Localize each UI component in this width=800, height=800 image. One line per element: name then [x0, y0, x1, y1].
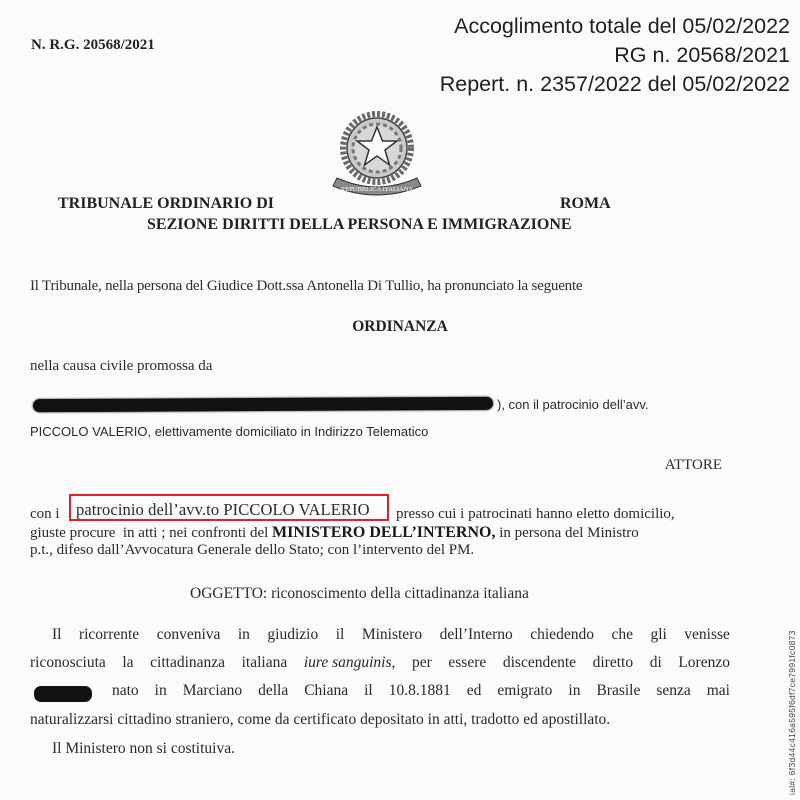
repubblica-italiana-emblem-icon: REPUBBLICA ITALIANA: [325, 110, 430, 202]
para1-line2: giuste procure in atti ; nei confronti d…: [30, 524, 639, 542]
para2-line3: natoinMarcianodellaChianail10.8.1881edem…: [30, 682, 730, 700]
intro-sentence: Il Tribunale, nella persona del Giudice …: [30, 278, 582, 295]
para1-prefix: con i: [30, 506, 60, 523]
word: riconosciuta: [30, 654, 106, 672]
word: chiedendo: [530, 626, 594, 644]
word: nato: [112, 682, 139, 700]
causa-line: nella causa civile promossa da: [30, 358, 212, 375]
word: diretto: [593, 654, 633, 672]
word: emigrato: [497, 682, 552, 700]
oggetto-line: OGGETTO: riconoscimento della cittadinan…: [190, 585, 529, 603]
word: Chiana: [304, 682, 348, 700]
patrocinio-suffix: ), con il patrocinio dell’avv.: [497, 397, 649, 412]
court-city: ROMA: [560, 195, 611, 213]
word: italiana: [242, 654, 288, 672]
word: dell’Interno: [440, 626, 513, 644]
highlighted-lawyer-text: patrocinio dell’avv.to PICCOLO VALERIO: [76, 500, 370, 520]
word: il: [336, 626, 345, 644]
word: senza: [656, 682, 690, 700]
svg-text:REPUBBLICA ITALIANA: REPUBBLICA ITALIANA: [341, 186, 414, 193]
party-role: ATTORE: [665, 457, 722, 474]
word: della: [258, 682, 288, 700]
document-title: ORDINANZA: [0, 318, 800, 336]
para2-line1: IlricorrenteconvenivaingiudizioilMiniste…: [30, 626, 730, 644]
ministero-bold: MINISTERO DELL’INTERNO,: [272, 524, 495, 541]
word: in: [238, 626, 250, 644]
word: 10.8.1881: [389, 682, 451, 700]
word: Ministero: [362, 626, 422, 644]
word: gli: [650, 626, 666, 644]
word: cittadinanza: [150, 654, 225, 672]
word: venisse: [684, 626, 730, 644]
serial-watermark: ial#: 6f3d44c416a595f6df7ce7991fc0873: [787, 630, 797, 795]
para2-line2: riconosciutalacittadinanzaitalianaiure s…: [30, 654, 730, 672]
word: giudizio: [267, 626, 318, 644]
para1-suffix: presso cui i patrocinati hanno eletto do…: [396, 506, 675, 523]
court-section: SEZIONE DIRITTI DELLA PERSONA E IMMIGRAZ…: [147, 216, 572, 234]
word: che: [611, 626, 633, 644]
stamp-repertorio: Repert. n. 2357/2022 del 05/02/2022: [440, 72, 790, 97]
word: mai: [707, 682, 730, 700]
word: Marciano: [183, 682, 242, 700]
word: Lorenzo: [678, 654, 730, 672]
para1-line2-a: giuste procure in atti ; nei confronti d…: [30, 525, 272, 541]
word: il: [364, 682, 373, 700]
word: di: [650, 654, 662, 672]
para2-line5: Il Ministero non si costituiva.: [52, 740, 752, 758]
para1-line3: p.t., difeso dall’Avvocatura Generale de…: [30, 542, 474, 559]
para1-line2-b: in persona del Ministro: [495, 525, 638, 541]
word: ed: [467, 682, 482, 700]
redacted-party-name: [33, 397, 493, 412]
word: per: [412, 654, 432, 672]
word: in: [155, 682, 167, 700]
case-number: N. R.G. 20568/2021: [31, 37, 155, 54]
court-name: TRIBUNALE ORDINARIO DI: [58, 195, 274, 213]
stamp-rg-number: RG n. 20568/2021: [614, 43, 790, 68]
word: in: [568, 682, 580, 700]
word: conveniva: [157, 626, 221, 644]
word: Brasile: [596, 682, 640, 700]
italic-phrase: iure sanguinis,: [304, 654, 396, 672]
word: ricorrente: [79, 626, 139, 644]
word: essere: [448, 654, 486, 672]
lawyer-domicile-line: PICCOLO VALERIO, elettivamente domicilia…: [30, 424, 428, 439]
word: Il: [52, 626, 61, 644]
word: discendente: [503, 654, 576, 672]
stamp-accoglimento: Accoglimento totale del 05/02/2022: [454, 14, 790, 39]
word: la: [122, 654, 133, 672]
para2-line4: naturalizzarsi cittadino straniero, come…: [30, 711, 730, 729]
